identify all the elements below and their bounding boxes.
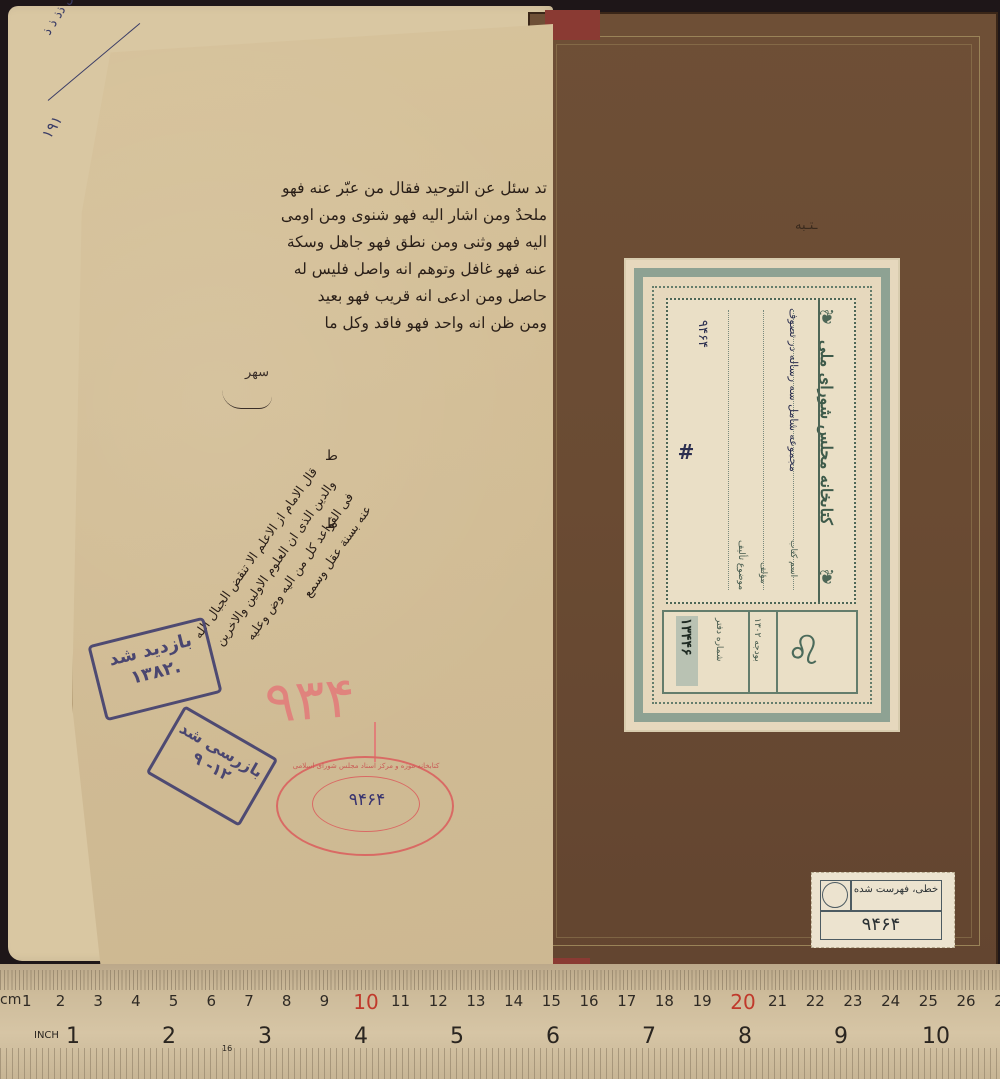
- ruler-cm-number: 24: [881, 992, 900, 1010]
- ruler-inch-number: 6: [546, 1024, 560, 1049]
- subject-label: موضوع تألیف: [736, 540, 746, 590]
- sticker-seal-icon: [822, 882, 848, 908]
- cover-pencil-note: ـتـبه: [795, 218, 817, 233]
- text-line: حاصل ومن ادعى انه قريب فهو بعيد: [262, 283, 547, 310]
- ruler-cm-number: 1: [22, 992, 32, 1010]
- ruler-cm-number: 22: [806, 992, 825, 1010]
- ruler-cm-number: 9: [320, 992, 330, 1010]
- panel-divider: [748, 612, 750, 692]
- text-line: عنه فهو غافل وتوهم انه واصل فليس له: [262, 256, 547, 283]
- ruler-cm-number: 10: [353, 990, 378, 1014]
- ruler-cm-number: 18: [655, 992, 674, 1010]
- ruler-inch-number: 9: [834, 1024, 848, 1049]
- ruler-cm-number: 11: [391, 992, 410, 1010]
- ruler-inch-number: 1: [66, 1024, 80, 1049]
- ruler-cm-number: 21: [768, 992, 787, 1010]
- panel-divider: [776, 612, 778, 692]
- register-number-box: ۱۳۴۴۶: [676, 616, 698, 686]
- ruler-inch-ticks: [0, 1048, 1000, 1079]
- ruler-cm-number: 3: [93, 992, 103, 1010]
- field-line: [793, 310, 795, 590]
- text-line: تد سئل عن التوحيد فقال من عبّر عنه فهو: [262, 175, 547, 202]
- text-line: ملحدٌ ومن اشار اليه فهو شنوى ومن اومى: [262, 202, 547, 229]
- oval-stamp-ring-text: کتابخانه موزه و مرکز اسناد مجلس شورای اس…: [286, 762, 446, 770]
- ruler-cm-number: 6: [207, 992, 217, 1010]
- ruler-cm-number: 12: [429, 992, 448, 1010]
- text-line: ومن ظن انه واحد فهو فاقد وكل ما: [262, 310, 547, 337]
- register-number: ۱۳۴۴۶: [678, 618, 694, 656]
- ruler-inch-number: 2: [162, 1024, 176, 1049]
- ruler-cm-number: 15: [542, 992, 561, 1010]
- ruler-inch-label: INCH: [34, 1030, 59, 1041]
- handwritten-number: ۹۴۶۴: [695, 320, 710, 348]
- budget-year-label: بودجه ۱۳۰۲: [752, 618, 762, 662]
- field-line: [728, 310, 730, 590]
- ruler-inch-number: 5: [450, 1024, 464, 1049]
- ruler-cm-number: 16: [580, 992, 599, 1010]
- ruler-cm-number: 25: [919, 992, 938, 1010]
- sticker-text: خطی، فهرست شده: [852, 884, 940, 895]
- ruler-cm-number: 26: [957, 992, 976, 1010]
- bookplate-field-box: ❦ ❦ کتابخانه مجلس شورای ملی مجموعه شامل …: [666, 298, 856, 604]
- ruler-inch-number: 4: [354, 1024, 368, 1049]
- ruler-cm-number: 5: [169, 992, 179, 1010]
- lion-and-sun-emblem-icon: ♌: [780, 622, 828, 680]
- ruler-inch-number: 8: [738, 1024, 752, 1049]
- ruler-inch-number: 7: [642, 1024, 656, 1049]
- ruler-cm-number: 20: [730, 990, 755, 1014]
- ruler-cm-number: 17: [617, 992, 636, 1010]
- signature: سهر: [245, 365, 269, 380]
- margin-mark: ط: [325, 448, 338, 464]
- field-line: [763, 310, 765, 590]
- ruler-cm-number: 8: [282, 992, 292, 1010]
- ruler-cm-number: 2: [56, 992, 66, 1010]
- ruler-cm-label: cm: [0, 992, 21, 1008]
- struck-out-mark: #: [672, 440, 700, 464]
- sticker-divider: [820, 910, 942, 912]
- sticker-number: ۹۴۶۴: [822, 914, 940, 935]
- ruler-cm-number: 7: [244, 992, 254, 1010]
- oval-stamp-number: ۹۴۶۴: [330, 790, 404, 810]
- text-line: اليه فهو وثنى ومن نطق فهو جاهل وسكة: [262, 229, 547, 256]
- ruler-mm-ticks: [0, 970, 1000, 990]
- ruler-cm-number: 14: [504, 992, 523, 1010]
- ruler-cm-number: 4: [131, 992, 141, 1010]
- ruler-cm-number: 19: [693, 992, 712, 1010]
- ruler-inch-number: 3: [258, 1024, 272, 1049]
- ruler-fraction-mark: 16: [222, 1044, 232, 1053]
- ruler-cm-number: 23: [843, 992, 862, 1010]
- main-text-block: تد سئل عن التوحيد فقال من عبّر عنه فهو م…: [262, 175, 547, 337]
- ruler-cm-number: 2: [994, 992, 1000, 1010]
- ruler-cm-number: 13: [466, 992, 485, 1010]
- register-label: شماره دفتر: [714, 618, 724, 661]
- leather-corner-top: [545, 10, 600, 40]
- title-divider: [818, 300, 820, 602]
- ruler-inch-number: 10: [922, 1024, 950, 1049]
- red-pencil-number: ۹۳۴: [263, 665, 358, 736]
